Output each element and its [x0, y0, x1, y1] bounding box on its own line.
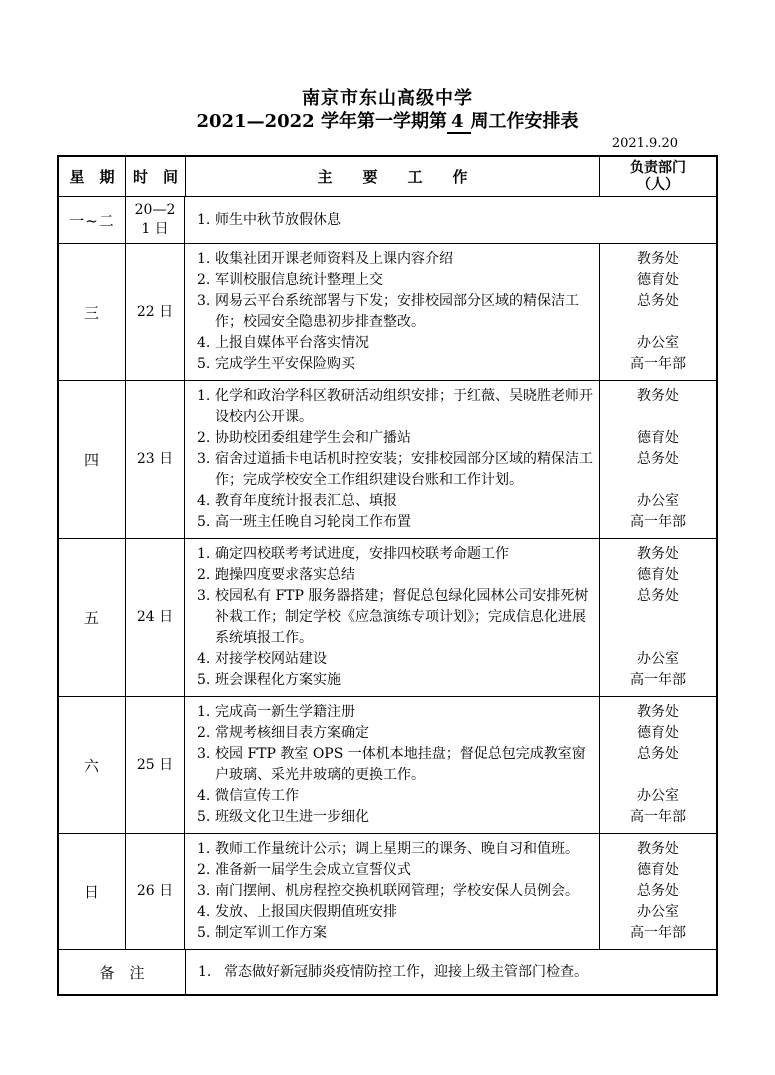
dept-label: 德育处 — [599, 565, 716, 586]
work-item: 3.校园私有 FTP 服务器搭建；督促总包绿化园林公司安排死树补栽工作；制定学校… — [185, 586, 716, 649]
work-text-wrap: 4.上报自媒体平台落实情况 — [185, 333, 599, 354]
table-row: 一~二20—21 日1.师生中秋节放假休息 — [59, 196, 716, 243]
item-number: 4. — [197, 333, 215, 354]
work-item: 4.微信宣传工作办公室 — [185, 786, 716, 807]
work-list: 1.收集社团开课老师资料及上课内容介绍教务处2.军训校服信息统计整理上交德育处3… — [185, 244, 716, 380]
dept-label: 德育处 — [599, 723, 716, 744]
item-number: 2. — [197, 860, 215, 881]
schedule-table: 星 期 时 间 主 要 工 作 负责部门 （人） 一~二20—21 日1.师生中… — [57, 155, 718, 996]
item-text: 发放、上报国庆假期值班安排 — [215, 902, 599, 923]
item-number: 5. — [197, 923, 215, 944]
work-text-wrap: 3.校园 FTP 教室 OPS 一体机本地挂盘；督促总包完成教室窗户玻璃、采光井… — [185, 744, 599, 786]
item-text: 网易云平台系统部署与下发；安排校园部分区域的精保洁工作；校园安全隐患初步排查整改… — [215, 291, 599, 333]
work-text-wrap: 5.班级文化卫生进一步细化 — [185, 807, 599, 833]
item-number: 3. — [197, 881, 215, 902]
work-item: 3.网易云平台系统部署与下发；安排校园部分区域的精保洁工作；校园安全隐患初步排查… — [185, 291, 716, 333]
header-dept-line1: 负责部门 — [630, 160, 686, 177]
title-block: 南京市东山高级中学 2021—2022 学年第一学期第4周工作安排表 — [0, 0, 775, 134]
item-number: 1. — [197, 544, 215, 565]
dept-label: 德育处 — [599, 428, 716, 449]
work-item: 2.常规考核细目表方案确定德育处 — [185, 723, 716, 744]
day-cell: 日 — [59, 834, 126, 949]
work-text-wrap: 1.教师工作量统计公示；调上星期三的课务、晚自习和值班。 — [185, 834, 599, 860]
work-item: 5.班级文化卫生进一步细化高一年部 — [185, 807, 716, 833]
work-item: 3.宿舍过道插卡电话机时控安装；安排校园部分区域的精保洁工作；完成学校安全工作组… — [185, 449, 716, 491]
dept-label: 办公室 — [599, 902, 716, 923]
table-row: 三22 日1.收集社团开课老师资料及上课内容介绍教务处2.军训校服信息统计整理上… — [59, 243, 716, 380]
work-list: 1.确定四校联考考试进度，安排四校联考命题工作教务处2.跑操四度要求落实总结德育… — [185, 539, 716, 696]
work-text-wrap: 5.制定军训工作方案 — [185, 923, 599, 949]
work-list: 1.完成高一新生学籍注册教务处2.常规考核细目表方案确定德育处3.校园 FTP … — [185, 697, 716, 833]
item-text: 高一班主任晚自习轮岗工作布置 — [215, 512, 599, 533]
work-text-wrap: 5.高一班主任晚自习轮岗工作布置 — [185, 512, 599, 538]
table-row: 六25 日1.完成高一新生学籍注册教务处2.常规考核细目表方案确定德育处3.校园… — [59, 696, 716, 833]
work-item: 3.校园 FTP 教室 OPS 一体机本地挂盘；督促总包完成教室窗户玻璃、采光井… — [185, 744, 716, 786]
dept-label: 高一年部 — [599, 807, 716, 833]
item-text: 常规考核细目表方案确定 — [215, 723, 599, 744]
work-list: 1.化学和政治学科区教研活动组织安排；于红薇、吴晓胜老师开设校内公开课。教务处2… — [185, 381, 716, 538]
dept-label: 高一年部 — [599, 670, 716, 696]
dept-label: 总务处 — [599, 586, 716, 649]
item-text: 教师工作量统计公示；调上星期三的课务、晚自习和值班。 — [215, 839, 599, 860]
work-text-wrap: 4.微信宣传工作 — [185, 786, 599, 807]
item-number: 5. — [197, 670, 215, 691]
page: { "document": { "title": "南京市东山高级中学", "s… — [0, 0, 775, 1075]
dept-label: 德育处 — [599, 860, 716, 881]
header-work: 主 要 工 作 — [186, 157, 600, 196]
work-item: 4.上报自媒体平台落实情况办公室 — [185, 333, 716, 354]
item-number: 1. — [197, 386, 215, 407]
item-text: 班级文化卫生进一步细化 — [215, 807, 599, 828]
item-number: 4. — [197, 902, 215, 923]
work-item: 4.发放、上报国庆假期值班安排办公室 — [185, 902, 716, 923]
work-text-wrap: 2.协助校团委组建学生会和广播站 — [185, 428, 599, 449]
doc-date: 2021.9.20 — [57, 136, 718, 152]
page-subtitle: 2021—2022 学年第一学期第4周工作安排表 — [0, 110, 775, 134]
header-row: 星 期 时 间 主 要 工 作 负责部门 （人） — [59, 157, 716, 196]
week-number: 4 — [447, 111, 471, 134]
work-text-wrap: 3.网易云平台系统部署与下发；安排校园部分区域的精保洁工作；校园安全隐患初步排查… — [185, 291, 599, 333]
work-list: 1.常态做好新冠肺炎疫情防控工作，迎接上级主管部门检查。 — [186, 950, 716, 994]
item-text: 协助校团委组建学生会和广播站 — [215, 428, 599, 449]
work-text-wrap: 4.对接学校网站建设 — [185, 649, 599, 670]
work-text-wrap: 2.准备新一届学生会成立宣誓仪式 — [185, 860, 599, 881]
work-text-wrap: 1.收集社团开课老师资料及上课内容介绍 — [185, 244, 599, 270]
item-text: 上报自媒体平台落实情况 — [215, 333, 599, 354]
work-item: 5.班会课程化方案实施高一年部 — [185, 670, 716, 696]
item-text: 化学和政治学科区教研活动组织安排；于红薇、吴晓胜老师开设校内公开课。 — [215, 386, 599, 428]
dept-label: 总务处 — [599, 744, 716, 786]
item-number: 3. — [197, 586, 215, 607]
dept-label: 办公室 — [599, 491, 716, 512]
dept-label: 办公室 — [599, 786, 716, 807]
work-item: 2.协助校团委组建学生会和广播站德育处 — [185, 428, 716, 449]
work-item: 1.师生中秋节放假休息 — [185, 205, 716, 236]
item-text: 微信宣传工作 — [215, 786, 599, 807]
page-title: 南京市东山高级中学 — [0, 88, 775, 110]
dept-label: 高一年部 — [599, 354, 716, 380]
work-list: 1.师生中秋节放假休息 — [185, 197, 716, 243]
item-text: 完成学生平安保险购买 — [215, 354, 599, 375]
item-number: 2. — [197, 270, 215, 291]
dept-label: 德育处 — [599, 270, 716, 291]
note-label: 备 注 — [59, 950, 186, 994]
item-number: 5. — [197, 807, 215, 828]
table-row: 五24 日1.确定四校联考考试进度，安排四校联考命题工作教务处2.跑操四度要求落… — [59, 538, 716, 696]
item-number: 1. — [197, 249, 215, 270]
item-number: 5. — [197, 512, 215, 533]
item-text: 班会课程化方案实施 — [215, 670, 599, 691]
work-text-wrap: 3.南门摆闸、机房程控交换机联网管理；学校安保人员例会。 — [185, 881, 599, 902]
work-item: 1.化学和政治学科区教研活动组织安排；于红薇、吴晓胜老师开设校内公开课。教务处 — [185, 381, 716, 428]
dept-label: 教务处 — [599, 834, 716, 860]
item-text: 宿舍过道插卡电话机时控安装；安排校园部分区域的精保洁工作；完成学校安全工作组织建… — [215, 449, 599, 491]
subtitle-suffix: 周工作安排表 — [471, 111, 579, 132]
item-text: 收集社团开课老师资料及上课内容介绍 — [215, 249, 599, 270]
item-text: 制定军训工作方案 — [215, 923, 599, 944]
item-number: 1. — [197, 702, 215, 723]
item-number: 3. — [197, 449, 215, 470]
work-text-wrap: 3.校园私有 FTP 服务器搭建；督促总包绿化园林公司安排死树补栽工作；制定学校… — [185, 586, 599, 649]
time-cell: 24 日 — [126, 539, 185, 696]
dept-label: 教务处 — [599, 244, 716, 270]
work-item: 1.常态做好新冠肺炎疫情防控工作，迎接上级主管部门检查。 — [186, 957, 716, 988]
day-cell: 五 — [59, 539, 126, 696]
work-item: 2.军训校服信息统计整理上交德育处 — [185, 270, 716, 291]
work-item: 1.收集社团开课老师资料及上课内容介绍教务处 — [185, 244, 716, 270]
time-cell: 22 日 — [126, 244, 185, 380]
item-text: 常态做好新冠肺炎疫情防控工作，迎接上级主管部门检查。 — [224, 962, 716, 983]
work-item: 3.南门摆闸、机房程控交换机联网管理；学校安保人员例会。总务处 — [185, 881, 716, 902]
day-cell: 三 — [59, 244, 126, 380]
work-text-wrap: 1.化学和政治学科区教研活动组织安排；于红薇、吴晓胜老师开设校内公开课。 — [185, 381, 599, 428]
dept-label: 办公室 — [599, 333, 716, 354]
item-text: 南门摆闸、机房程控交换机联网管理；学校安保人员例会。 — [215, 881, 599, 902]
dept-label: 教务处 — [599, 697, 716, 723]
day-cell: 四 — [59, 381, 126, 538]
work-text-wrap: 1.师生中秋节放假休息 — [185, 205, 716, 236]
work-item: 2.准备新一届学生会成立宣誓仪式德育处 — [185, 860, 716, 881]
day-cell: 一~二 — [59, 197, 126, 243]
work-item: 4.对接学校网站建设办公室 — [185, 649, 716, 670]
item-text: 完成高一新生学籍注册 — [215, 702, 599, 723]
item-number: 2. — [197, 565, 215, 586]
work-item: 4.教育年度统计报表汇总、填报办公室 — [185, 491, 716, 512]
item-text: 校园私有 FTP 服务器搭建；督促总包绿化园林公司安排死树补栽工作；制定学校《应… — [215, 586, 599, 649]
work-text-wrap: 4.发放、上报国庆假期值班安排 — [185, 902, 599, 923]
dept-label: 总务处 — [599, 881, 716, 902]
work-item: 1.完成高一新生学籍注册教务处 — [185, 697, 716, 723]
item-number: 4. — [197, 491, 215, 512]
work-item: 5.高一班主任晚自习轮岗工作布置高一年部 — [185, 512, 716, 538]
item-text: 军训校服信息统计整理上交 — [215, 270, 599, 291]
item-number: 4. — [197, 649, 215, 670]
header-time: 时 间 — [126, 157, 186, 196]
dept-label: 总务处 — [599, 449, 716, 491]
time-cell: 23 日 — [126, 381, 185, 538]
table-row: 四23 日1.化学和政治学科区教研活动组织安排；于红薇、吴晓胜老师开设校内公开课… — [59, 380, 716, 538]
subtitle-prefix: 2021—2022 学年第一学期第 — [197, 111, 447, 132]
item-number: 4. — [197, 786, 215, 807]
item-text: 确定四校联考考试进度，安排四校联考命题工作 — [215, 544, 599, 565]
work-text-wrap: 2.常规考核细目表方案确定 — [185, 723, 599, 744]
work-item: 5.完成学生平安保险购买高一年部 — [185, 354, 716, 380]
item-number: 2. — [197, 723, 215, 744]
work-list: 1.教师工作量统计公示；调上星期三的课务、晚自习和值班。教务处2.准备新一届学生… — [185, 834, 716, 949]
time-cell: 26 日 — [126, 834, 185, 949]
work-text-wrap: 3.宿舍过道插卡电话机时控安装；安排校园部分区域的精保洁工作；完成学校安全工作组… — [185, 449, 599, 491]
item-number: 3. — [197, 744, 215, 765]
header-dept-line2: （人） — [637, 177, 679, 194]
item-number: 1. — [197, 210, 215, 231]
dept-label: 高一年部 — [599, 923, 716, 949]
work-item: 2.跑操四度要求落实总结德育处 — [185, 565, 716, 586]
item-number: 3. — [197, 291, 215, 312]
item-number: 5. — [197, 354, 215, 375]
header-day: 星 期 — [59, 157, 126, 196]
time-cell: 20—21 日 — [126, 197, 185, 243]
work-item: 5.制定军训工作方案高一年部 — [185, 923, 716, 949]
work-text-wrap: 5.班会课程化方案实施 — [185, 670, 599, 696]
work-text-wrap: 4.教育年度统计报表汇总、填报 — [185, 491, 599, 512]
dept-label: 总务处 — [599, 291, 716, 333]
dept-label: 办公室 — [599, 649, 716, 670]
header-dept: 负责部门 （人） — [600, 157, 716, 196]
item-text: 师生中秋节放假休息 — [215, 210, 716, 231]
item-text: 跑操四度要求落实总结 — [215, 565, 599, 586]
work-item: 1.确定四校联考考试进度，安排四校联考命题工作教务处 — [185, 539, 716, 565]
item-text: 准备新一届学生会成立宣誓仪式 — [215, 860, 599, 881]
item-number: 1. — [197, 839, 215, 860]
day-cell: 六 — [59, 697, 126, 833]
table-row: 日26 日1.教师工作量统计公示；调上星期三的课务、晚自习和值班。教务处2.准备… — [59, 833, 716, 949]
item-text: 对接学校网站建设 — [215, 649, 599, 670]
item-text: 校园 FTP 教室 OPS 一体机本地挂盘；督促总包完成教室窗户玻璃、采光井玻璃… — [215, 744, 599, 786]
item-number: 1. — [198, 962, 224, 983]
work-text-wrap: 2.军训校服信息统计整理上交 — [185, 270, 599, 291]
work-text-wrap: 1.常态做好新冠肺炎疫情防控工作，迎接上级主管部门检查。 — [186, 957, 716, 988]
item-text: 教育年度统计报表汇总、填报 — [215, 491, 599, 512]
work-text-wrap: 1.完成高一新生学籍注册 — [185, 697, 599, 723]
work-text-wrap: 2.跑操四度要求落实总结 — [185, 565, 599, 586]
dept-label: 高一年部 — [599, 512, 716, 538]
note-row: 备 注1.常态做好新冠肺炎疫情防控工作，迎接上级主管部门检查。 — [59, 949, 716, 994]
item-number: 2. — [197, 428, 215, 449]
dept-label: 教务处 — [599, 539, 716, 565]
dept-label: 教务处 — [599, 381, 716, 428]
work-text-wrap: 5.完成学生平安保险购买 — [185, 354, 599, 380]
work-item: 1.教师工作量统计公示；调上星期三的课务、晚自习和值班。教务处 — [185, 834, 716, 860]
time-cell: 25 日 — [126, 697, 185, 833]
work-text-wrap: 1.确定四校联考考试进度，安排四校联考命题工作 — [185, 539, 599, 565]
